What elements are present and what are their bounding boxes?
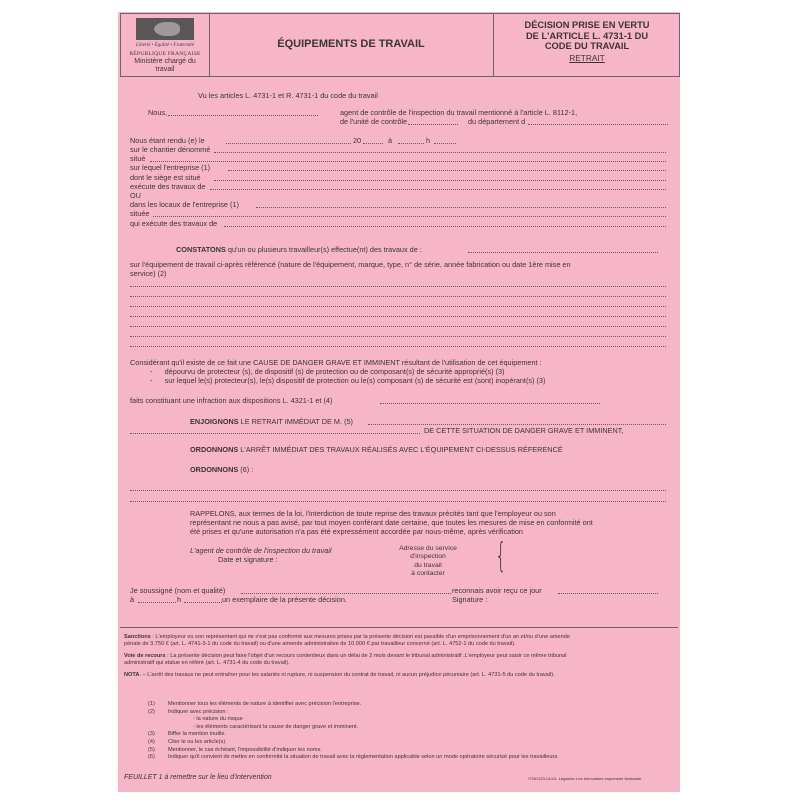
hour-field[interactable] bbox=[398, 143, 424, 144]
footnote-text: - les éléments caractérisant la cause de… bbox=[193, 724, 358, 731]
ministry-block: Liberté • Égalité • Fraternité RÉPUBLIQU… bbox=[121, 14, 210, 76]
equipment-field-line[interactable] bbox=[130, 306, 666, 307]
minute-field[interactable] bbox=[434, 143, 456, 144]
equipment-field-line[interactable] bbox=[130, 286, 666, 287]
agent-text: agent de contrôle de l'inspection du tra… bbox=[340, 108, 577, 117]
visit-row-label: située bbox=[130, 209, 149, 218]
logo-republic: RÉPUBLIQUE FRANÇAISE bbox=[121, 51, 209, 57]
rappelons-line-1: RAPPELONS, aux termes de la loi, l'inter… bbox=[190, 509, 556, 518]
footnote-number: (6) bbox=[148, 754, 155, 761]
visit-row-label: dans les locaux de l'entreprise (1) bbox=[130, 200, 239, 209]
marianne-logo-icon bbox=[136, 18, 194, 40]
receipt-h-label: h bbox=[177, 595, 181, 604]
footnote-number: (2) bbox=[148, 709, 155, 716]
departement-label: du département d bbox=[468, 117, 525, 126]
footnote-number: (1) bbox=[148, 701, 155, 708]
infraction-text: faits constituant une infraction aux dis… bbox=[130, 396, 332, 405]
footnote-text: Indiquer avec précision : bbox=[168, 709, 229, 716]
inspection-address-label: Adresse du serviced'inspectiondu travail… bbox=[388, 545, 468, 578]
date-signature-label: Date et signature : bbox=[218, 555, 278, 564]
danger-option-2[interactable]: - sur lequel le(s) protecteur(s), le(s) … bbox=[150, 376, 545, 385]
equipment-field-line[interactable] bbox=[130, 316, 666, 317]
footnote-text: Indiquer qu'il convient de mettre en con… bbox=[168, 754, 559, 761]
visit-row-label: OU bbox=[130, 191, 141, 200]
receipt-date-label: reconnais avoir reçu ce jour bbox=[452, 586, 542, 595]
danger-option-1[interactable]: - dépourvu de protecteur (s), de disposi… bbox=[150, 367, 505, 376]
visit-row-field[interactable] bbox=[150, 161, 666, 162]
decision-type: RETRAIT bbox=[494, 53, 680, 63]
visit-row-label: dont le siège est situé bbox=[130, 173, 201, 182]
equipment-field-line[interactable] bbox=[130, 336, 666, 337]
feuillet-label: FEUILLET 1 à remettre sur le lieu d'inte… bbox=[124, 774, 272, 781]
constatons-statement: CONSTATONS qu'un ou plusieurs travailleu… bbox=[176, 245, 422, 254]
equipment-field-line[interactable] bbox=[130, 296, 666, 297]
visit-row-field[interactable] bbox=[214, 152, 666, 153]
visit-row-field[interactable] bbox=[214, 180, 666, 181]
receipt-signature-field[interactable] bbox=[498, 595, 658, 615]
rappelons-line-3: été prises et qu'une autorisation n'a pa… bbox=[190, 527, 523, 536]
form-reference: IT951323-01/19- Légaldoc Les formulaires… bbox=[528, 776, 641, 781]
rappelons-line-2: représentant ne nous a pas avisé, par to… bbox=[190, 518, 593, 527]
equipment-field-line[interactable] bbox=[130, 346, 666, 347]
unite-label: de l'unité de contrôle bbox=[340, 117, 407, 126]
visit-row-field[interactable] bbox=[256, 207, 666, 208]
constatons-field[interactable] bbox=[468, 252, 658, 253]
legal-basis: Vu les articles L. 4731-1 et R. 4731-1 d… bbox=[198, 91, 378, 100]
form-page: Liberté • Égalité • Fraternité RÉPUBLIQU… bbox=[118, 12, 680, 792]
visit-row-label: sur le chantier dénommé bbox=[130, 145, 210, 154]
decision-title: DÉCISION PRISE EN VERTU DE L'ARTICLE L. … bbox=[494, 20, 680, 52]
visit-row-label: situé bbox=[130, 154, 145, 163]
decision-block: DÉCISION PRISE EN VERTU DE L'ARTICLE L. … bbox=[493, 14, 680, 76]
visit-row-field[interactable] bbox=[224, 226, 666, 227]
visit-row-label: qui exécute des travaux de bbox=[130, 219, 217, 228]
ordonnons-measures-label: ORDONNONS (6) : bbox=[190, 465, 253, 474]
footnote-text: Biffer la mention inutile. bbox=[168, 731, 226, 738]
footnote-number: (5) bbox=[148, 747, 155, 754]
enjoignons-field-2[interactable] bbox=[130, 433, 420, 434]
ordonnons-field-2[interactable] bbox=[130, 501, 666, 502]
receipt-minute-field[interactable] bbox=[184, 602, 222, 603]
logo-motto: Liberté • Égalité • Fraternité bbox=[121, 43, 209, 48]
ordonnons-stop-statement: ORDONNONS L'ARRÊT IMMÉDIAT DES TRAVAUX R… bbox=[190, 445, 563, 454]
receipt-signature-label: Signature : bbox=[452, 595, 487, 604]
considerant-text: Considérant qu'il existe de ce fait une … bbox=[130, 358, 542, 367]
brace-icon: { bbox=[495, 536, 506, 576]
receipt-date-field[interactable] bbox=[558, 593, 658, 594]
visit-row-label: exécute des travaux de bbox=[130, 182, 205, 191]
visit-row-field[interactable] bbox=[228, 170, 666, 171]
form-header: Liberté • Égalité • Fraternité RÉPUBLIQU… bbox=[120, 13, 680, 77]
year-prefix: 20 bbox=[353, 136, 361, 145]
nous-label: Nous, bbox=[148, 108, 167, 117]
agent-signature-label: L'agent de contrôle de l'inspection du t… bbox=[190, 546, 332, 555]
receipt-name-field[interactable] bbox=[241, 593, 451, 594]
recours-note: Voie de recours : La présente décision p… bbox=[124, 653, 566, 667]
receipt-hour-field[interactable] bbox=[138, 602, 176, 603]
equipment-field-line[interactable] bbox=[130, 326, 666, 327]
equipment-description-2: service) (2) bbox=[130, 269, 167, 278]
year-field[interactable] bbox=[363, 143, 383, 144]
receipt-name-label: Je soussigné (nom et qualité) bbox=[130, 586, 225, 595]
visit-row-field[interactable] bbox=[210, 189, 666, 190]
receipt-at-label: à bbox=[130, 595, 134, 604]
sanctions-note: Sanctions : L'employeur ou son représent… bbox=[124, 634, 570, 648]
footnote-text: - la nature du risque bbox=[193, 716, 243, 723]
receipt-copy-text: un exemplaire de la présente décision. bbox=[222, 595, 347, 604]
form-title: ÉQUIPEMENTS DE TRAVAIL bbox=[209, 38, 493, 50]
footnote-text: Mentionner tous les éléments de nature à… bbox=[168, 701, 361, 708]
equipment-description-1: sur l'équipement de travail ci-après réf… bbox=[130, 260, 571, 269]
inspection-address-field[interactable] bbox=[513, 545, 663, 581]
h-label: h bbox=[426, 136, 430, 145]
footnote-number: (3) bbox=[148, 731, 155, 738]
footnote-text: Citer le ou les article(s). bbox=[168, 739, 227, 746]
enjoignons-statement: ENJOIGNONS LE RETRAIT IMMÉDIAT DE M. (5) bbox=[190, 417, 353, 426]
visit-date-label: Nous étant rendu (e) le bbox=[130, 136, 205, 145]
nota-note: NOTA. – L'arrêt des travaux ne peut entr… bbox=[124, 672, 555, 679]
visit-date-field[interactable] bbox=[226, 143, 351, 144]
ordonnons-field-1[interactable] bbox=[130, 490, 666, 491]
visit-row-label: sur lequel l'entreprise (1) bbox=[130, 163, 210, 172]
unite-field[interactable] bbox=[408, 124, 458, 125]
visit-row-field[interactable] bbox=[153, 216, 666, 217]
enjoignons-end: DE CETTE SITUATION DE DANGER GRAVE ET IM… bbox=[424, 426, 623, 435]
ministry-label: Ministère chargé dutravail bbox=[121, 58, 209, 74]
departement-field[interactable] bbox=[528, 124, 668, 125]
agent-name-field[interactable] bbox=[168, 115, 318, 116]
infraction-field[interactable] bbox=[380, 403, 600, 404]
at-label: à bbox=[388, 136, 392, 145]
footnote-text: Mentionner, le cas échéant, l'impossibil… bbox=[168, 747, 322, 754]
footnote-number: (4) bbox=[148, 739, 155, 746]
footer-divider bbox=[120, 627, 678, 628]
enjoignons-field-1[interactable] bbox=[368, 424, 666, 425]
